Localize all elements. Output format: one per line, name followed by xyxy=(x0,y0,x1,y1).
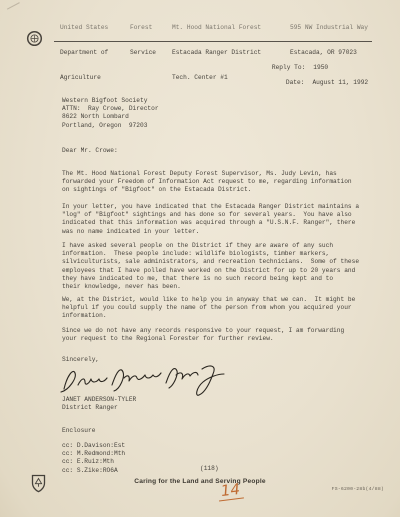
recipient-address: Western Bigfoot Society ATTN: Ray Crowe,… xyxy=(62,97,159,130)
letterhead-service: Forest Service xyxy=(130,8,172,98)
form-number: FS-6200-28b(4/88) xyxy=(332,486,384,494)
salutation: Dear Mr. Crowe: xyxy=(62,147,118,155)
letterhead-line: Forest xyxy=(130,24,172,32)
body-paragraph: The Mt. Hood National Forest Deputy Fore… xyxy=(62,170,352,195)
body-paragraph: Since we do not have any records respons… xyxy=(62,327,344,343)
footer-motto: Caring for the Land and Serving People xyxy=(0,478,400,486)
letterhead-line: Mt. Hood National Forest xyxy=(172,24,290,32)
usda-seal-icon xyxy=(26,30,43,47)
cc-list: cc: D.Davison:Est cc: M.Redmond:Mth cc: … xyxy=(62,442,125,475)
signer-typed-name: JANET ANDERSON-TYLER xyxy=(62,396,136,404)
letterhead-divider xyxy=(54,41,372,42)
letterhead-line: Department of xyxy=(60,49,130,57)
signer-title: District Ranger xyxy=(62,404,118,412)
signature-handwriting xyxy=(52,362,242,400)
body-paragraph: I have asked several people on the Distr… xyxy=(62,242,359,291)
page-note: (118) xyxy=(200,465,219,473)
body-paragraph: In your letter, you have indicated that … xyxy=(62,203,359,236)
scan-artifact xyxy=(7,2,23,16)
enclosure-note: Enclosure xyxy=(62,427,95,435)
letterhead-line: Agriculture xyxy=(60,74,130,82)
letterhead-line: Service xyxy=(130,49,172,57)
scanned-letter-page: United States Department of Agriculture … xyxy=(0,0,400,517)
handwritten-page-number: 14 xyxy=(217,482,244,502)
letterhead-agency: United States Department of Agriculture xyxy=(60,8,130,98)
letterhead-line: United States xyxy=(60,24,130,32)
date-value: August 11, 1992 xyxy=(312,79,368,86)
body-paragraph: We, at the District, would like to help … xyxy=(62,296,355,321)
date-label: Date: xyxy=(286,79,305,87)
date-line: Date:August 11, 1992 xyxy=(271,71,368,96)
letterhead-line: 595 NW Industrial Way xyxy=(290,24,368,32)
